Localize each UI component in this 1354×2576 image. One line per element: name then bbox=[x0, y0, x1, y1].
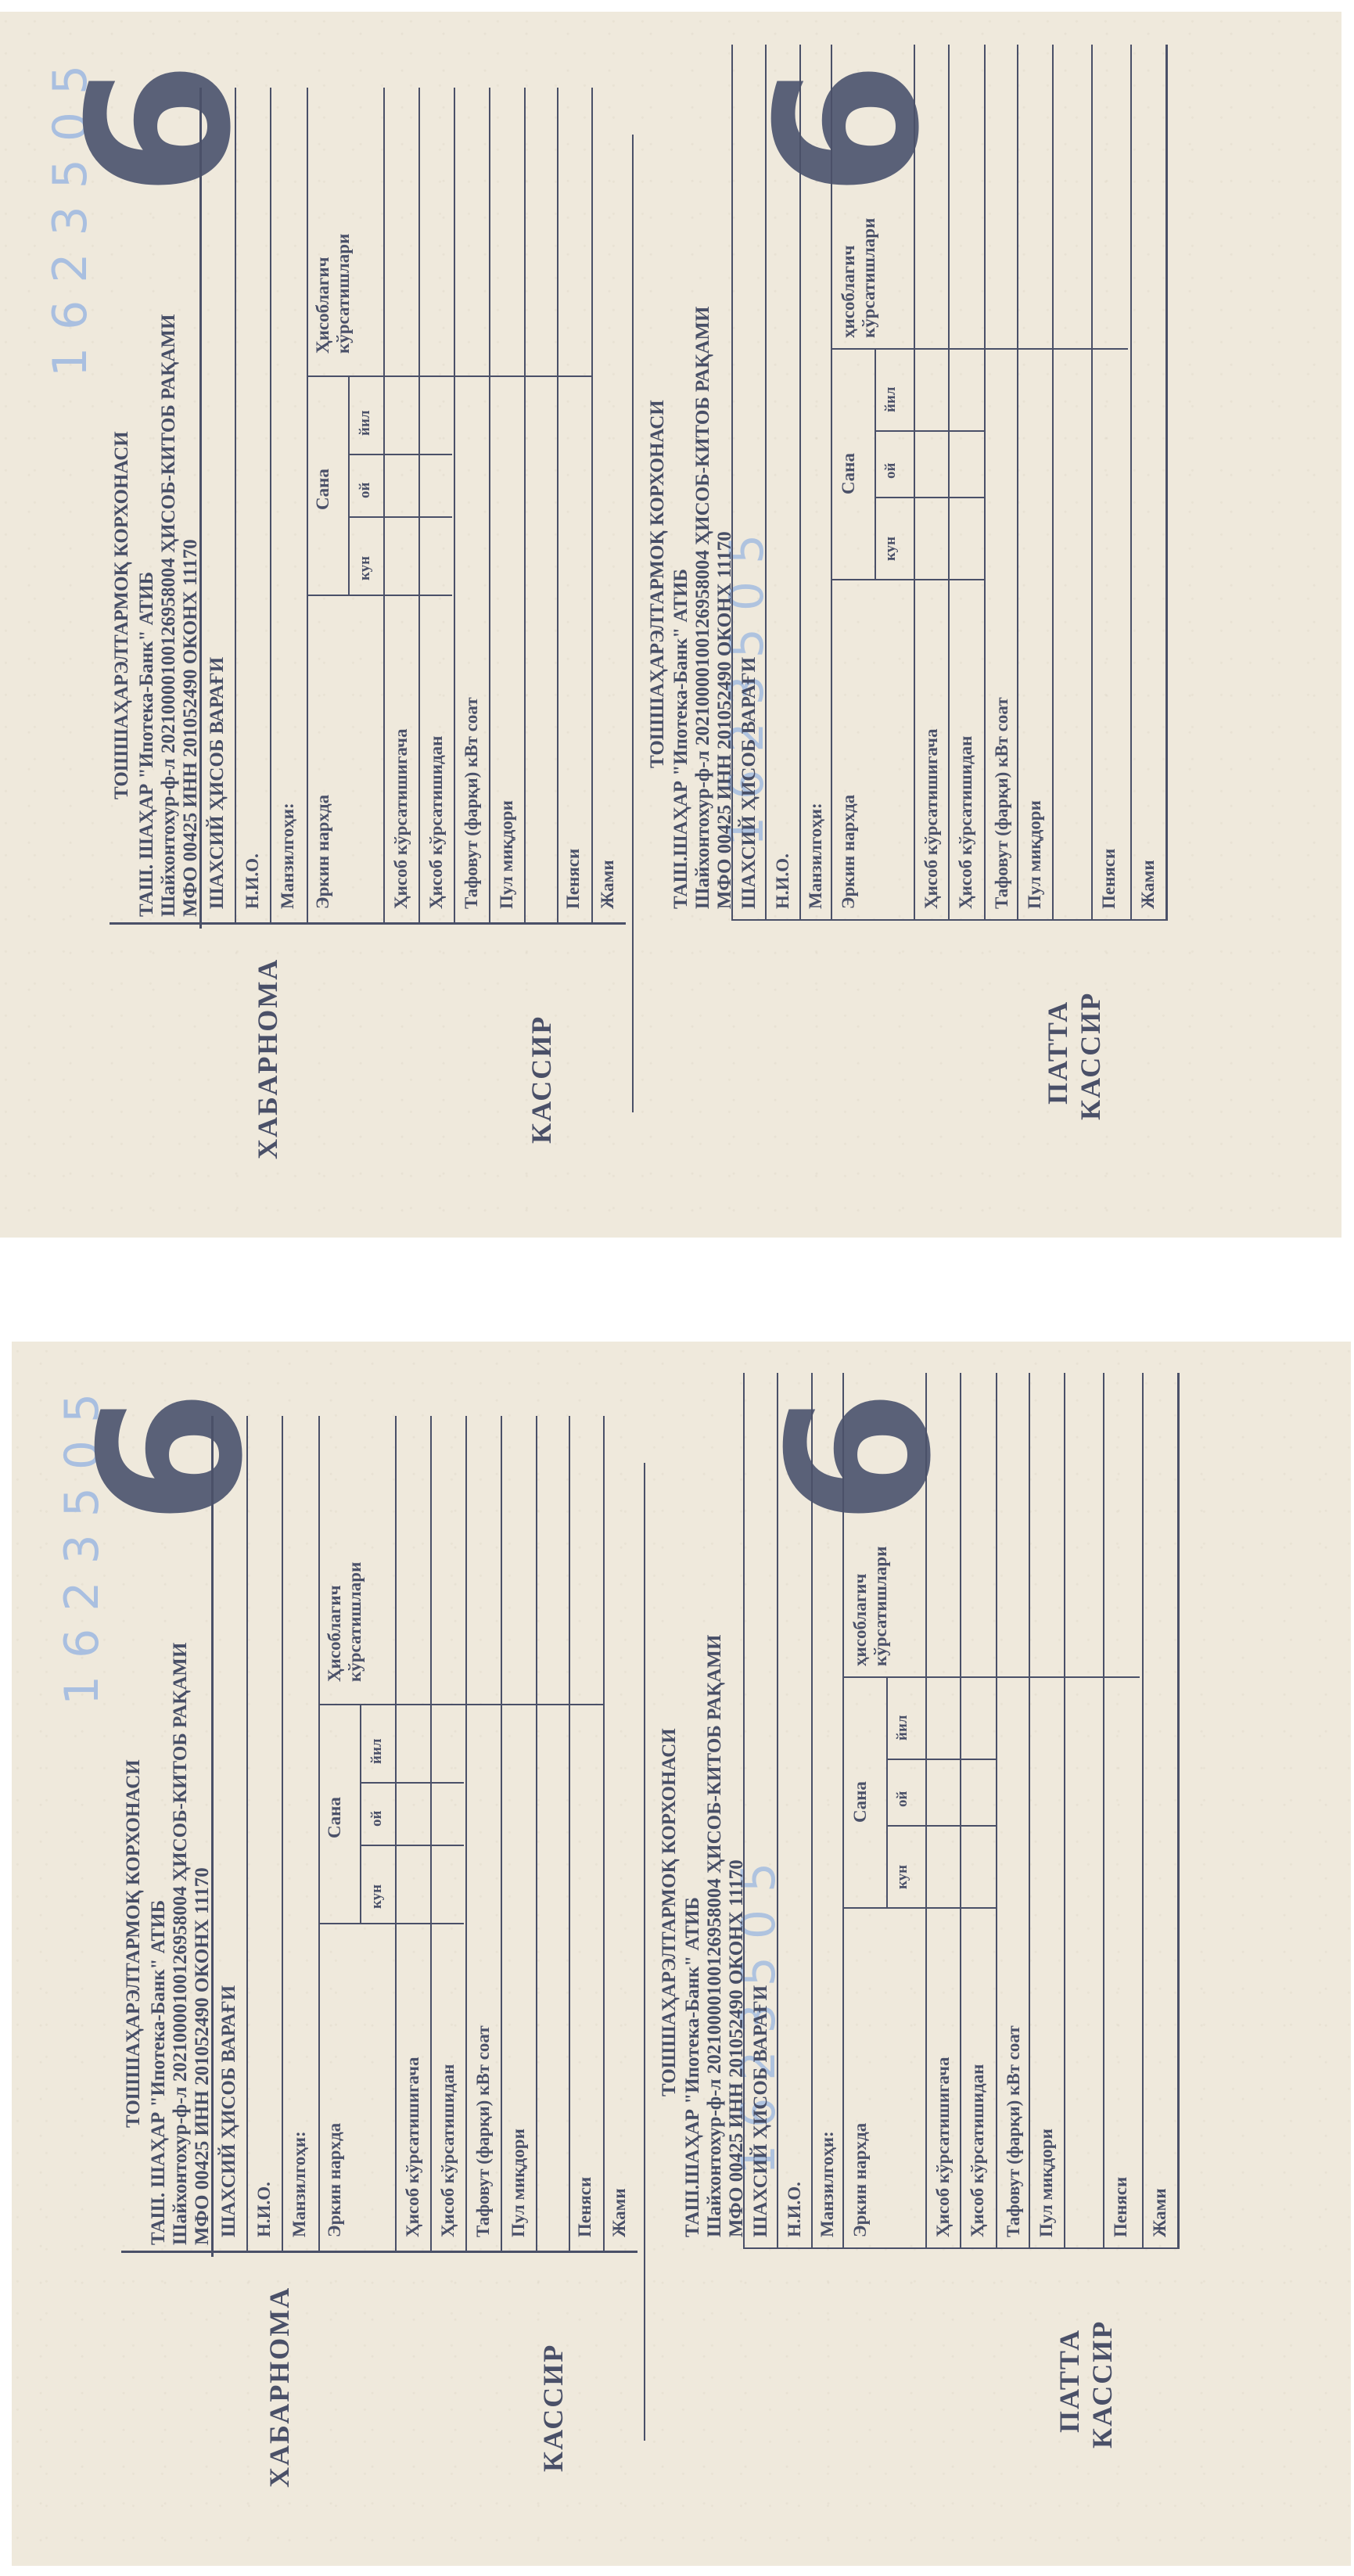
header-org: ТОШШАҲАРЭЛТАРМОҚ КОРХОНАСИ bbox=[645, 400, 670, 768]
label-address: Манзилгоҳи: bbox=[806, 803, 826, 909]
rule bbox=[886, 1759, 996, 1760]
rule bbox=[395, 1416, 397, 2253]
rule bbox=[811, 1373, 813, 2249]
header-codes: МФО 00425 ИНН 201052490 ОКОНХ 11170 bbox=[724, 1859, 749, 2237]
rule bbox=[121, 2251, 637, 2253]
label-difference: Тафовут (фарқи) кВт соат bbox=[473, 2025, 494, 2237]
rule bbox=[777, 1373, 778, 2249]
label-amount: Пул миқдори bbox=[1036, 2129, 1057, 2237]
rule bbox=[270, 88, 271, 925]
rule bbox=[960, 1373, 961, 2249]
rule bbox=[842, 1373, 844, 2249]
label-amount: Пул миқдори bbox=[497, 800, 517, 909]
rule bbox=[1029, 1373, 1030, 2249]
label-reading-from: Ҳисоб кўрсатишидан bbox=[426, 736, 447, 909]
rule bbox=[418, 88, 420, 925]
rule bbox=[875, 430, 984, 432]
rule bbox=[246, 1416, 248, 2253]
label-date: Сана bbox=[313, 469, 333, 510]
header-bank: ТАШ.ШАҲАР "Ипотека-Банк" АТИБ bbox=[681, 1897, 705, 2237]
label-name: Н.И.О. bbox=[773, 853, 793, 909]
rule bbox=[1165, 45, 1168, 921]
rule bbox=[1103, 1373, 1104, 2249]
bill-form: 1623505 6 ТОШШАҲАРЭЛТАРМОҚ КОРХОНАСИ ТАШ… bbox=[0, 12, 1341, 1238]
label-date: Сана bbox=[325, 1797, 345, 1838]
rule bbox=[1052, 45, 1054, 921]
header-sheet: ШАХСИЙ ҲИСОБ ВАРАҒИ bbox=[205, 657, 229, 909]
rule bbox=[1064, 1373, 1065, 2249]
rule bbox=[731, 45, 733, 921]
label-meter-readings: Ҳисоблагич кўрсатишлари bbox=[313, 197, 354, 354]
rule bbox=[360, 1782, 464, 1784]
bill-card-2: 1623505 6 ТОШШАҲАРЭЛТАРМОҚ КОРХОНАСИ ТАШ… bbox=[12, 1342, 1351, 2566]
rule bbox=[886, 1825, 996, 1827]
notice-title: ХАБАРНОМА bbox=[262, 2287, 296, 2488]
label-date: Сана bbox=[850, 1781, 871, 1823]
header-bank: ТАШ.ШАҲАР "Ипотека-Банк" АТИБ bbox=[669, 569, 693, 909]
header-sheet: ШАХСИЙ ҲИСОБ ВАРАҒИ bbox=[217, 1985, 241, 2237]
rule bbox=[831, 45, 832, 921]
header-codes: МФО 00425 ИНН 201052490 ОКОНХ 11170 bbox=[713, 531, 737, 909]
label-tariff: Эркин нархда bbox=[325, 2123, 345, 2237]
label-penalty: Пеняси bbox=[563, 849, 584, 909]
rule bbox=[307, 88, 308, 925]
section-divider bbox=[644, 1463, 645, 2441]
label-total: Жами bbox=[1138, 860, 1158, 909]
label-name: Н.И.О. bbox=[785, 2182, 805, 2237]
rule bbox=[799, 45, 801, 921]
label-total: Жами bbox=[598, 860, 618, 909]
label-year: йил bbox=[357, 410, 374, 436]
label-reading-to: Ҳисоб кўрсатишигача bbox=[403, 2057, 423, 2237]
rule bbox=[731, 919, 1165, 921]
rule bbox=[1142, 1373, 1144, 2249]
rule bbox=[307, 595, 452, 596]
label-year: йил bbox=[368, 1738, 386, 1764]
rule bbox=[383, 88, 385, 925]
rule bbox=[360, 1705, 361, 1924]
label-amount: Пул миқдори bbox=[1025, 800, 1045, 909]
label-total: Жами bbox=[1150, 2188, 1170, 2237]
rule bbox=[914, 45, 915, 921]
label-name: Н.И.О. bbox=[254, 2182, 275, 2237]
label-name: Н.И.О. bbox=[242, 853, 263, 909]
label-tariff: Эркин нархда bbox=[313, 795, 333, 909]
rule bbox=[348, 454, 452, 455]
rule bbox=[524, 88, 526, 925]
rule bbox=[591, 88, 593, 925]
label-day: кун bbox=[894, 1865, 911, 1889]
header-account: Шайхонтохур-ф-л 20210000100126958004 ҲИС… bbox=[691, 307, 715, 909]
rule bbox=[360, 1845, 464, 1846]
notice-title: ХАБАРНОМА bbox=[250, 958, 285, 1159]
rule bbox=[318, 1416, 320, 2253]
label-month: ой bbox=[368, 1811, 386, 1827]
receipt-cashier: КАССИР bbox=[1073, 992, 1108, 1120]
rule bbox=[1177, 1373, 1180, 2249]
rule bbox=[211, 1416, 214, 2257]
label-year: йил bbox=[894, 1715, 911, 1741]
label-date: Сана bbox=[839, 453, 859, 494]
label-month: ой bbox=[357, 483, 374, 498]
label-reading-from: Ҳисоб кўрсатишидан bbox=[438, 2064, 458, 2237]
header-bank: ТАШ. ШАҲАР "Ипотека-Банк" АТИБ bbox=[146, 1900, 171, 2245]
rule bbox=[454, 88, 455, 925]
rule bbox=[318, 1923, 464, 1924]
rule bbox=[996, 1373, 997, 2249]
header-bank: ТАШ. ШАҲАР "Ипотека-Банк" АТИБ bbox=[135, 572, 159, 917]
label-tariff: Эркин нархда bbox=[839, 795, 859, 909]
big-digit-notice: 6 bbox=[63, 61, 258, 197]
label-penalty: Пеняси bbox=[1099, 849, 1119, 909]
label-address: Манзилгоҳи: bbox=[289, 2131, 310, 2237]
rule bbox=[501, 1416, 502, 2253]
receipt-title: ПАТТА bbox=[1040, 1001, 1075, 1105]
label-address: Манзилгоҳи: bbox=[278, 803, 298, 909]
rule bbox=[430, 1416, 432, 2253]
label-difference: Тафовут (фарқи) кВт соат bbox=[462, 697, 482, 909]
rule bbox=[886, 1678, 888, 1909]
header-account: Шайхонтохур-ф-л 20210000100126958004 ҲИС… bbox=[702, 1635, 727, 2237]
header-org: ТОШШАҲАРЭЛТАРМОҚ КОРХОНАСИ bbox=[657, 1728, 681, 2096]
label-day: кун bbox=[357, 556, 374, 580]
rule bbox=[489, 88, 490, 925]
rule bbox=[984, 45, 986, 921]
label-reading-to: Ҳисоб кўрсатишигача bbox=[921, 729, 942, 909]
rule bbox=[569, 1416, 570, 2253]
header-sheet: ШАХСИЙ ҲИСОБ ВАРАҒИ bbox=[749, 1985, 773, 2237]
label-meter-readings: Ҳисоблагич кўрсатишлари bbox=[325, 1525, 365, 1682]
header-account: Шайхонтохур-ф-л 20210000100126958004 ҲИС… bbox=[168, 1643, 192, 2245]
label-reading-from: Ҳисоб кўрсатишидан bbox=[956, 736, 976, 909]
rule bbox=[1130, 45, 1132, 921]
label-amount: Пул миқдори bbox=[508, 2129, 529, 2237]
label-difference: Тафовут (фарқи) кВт соат bbox=[992, 697, 1012, 909]
label-difference: Тафовут (фарқи) кВт соат bbox=[1004, 2025, 1024, 2237]
label-day: кун bbox=[882, 537, 900, 561]
big-digit-receipt: 6 bbox=[751, 61, 946, 197]
rule bbox=[875, 350, 876, 580]
label-reading-to: Ҳисоб кўрсатишигача bbox=[391, 729, 411, 909]
label-year: йил bbox=[882, 386, 900, 412]
rule bbox=[842, 1907, 996, 1909]
notice-cashier: КАССИР bbox=[536, 2344, 570, 2472]
rule bbox=[765, 45, 767, 921]
header-sheet: ШАХСИЙ ҲИСОБ ВАРАҒИ bbox=[737, 657, 761, 909]
label-meter-readings: ҳисоблагич кўрсатишлари bbox=[839, 181, 879, 338]
rule bbox=[1017, 45, 1018, 921]
header-org: ТОШШАҲАРЭЛТАРМОҚ КОРХОНАСИ bbox=[121, 1759, 145, 2128]
label-month: ой bbox=[882, 463, 900, 479]
section-divider bbox=[632, 135, 634, 1112]
big-digit-receipt: 6 bbox=[763, 1389, 958, 1525]
rule bbox=[603, 1416, 605, 2253]
label-tariff: Эркин нархда bbox=[850, 2123, 871, 2237]
header-account: Шайхонтохур-ф-л 20210000100126958004 ҲИС… bbox=[156, 314, 181, 917]
label-reading-to: Ҳисоб кўрсатишигача bbox=[933, 2057, 954, 2237]
label-month: ой bbox=[894, 1791, 911, 1807]
label-reading-from: Ҳисоб кўрсатишидан bbox=[968, 2064, 988, 2237]
label-meter-readings: ҳисоблагич кўрсатишлари bbox=[850, 1510, 891, 1666]
rule bbox=[110, 922, 626, 925]
rule bbox=[282, 1416, 283, 2253]
label-day: кун bbox=[368, 1884, 386, 1909]
bill-card-1: 1623505 6 ТОШШАҲАРЭЛТАРМОҚ КОРХОНАСИ ТАШ… bbox=[0, 12, 1341, 1238]
bill-form: 1623505 6 ТОШШАҲАРЭЛТАРМОҚ КОРХОНАСИ ТАШ… bbox=[12, 1342, 1351, 2566]
rule bbox=[925, 1373, 927, 2249]
notice-cashier: КАССИР bbox=[524, 1015, 558, 1144]
rule bbox=[465, 1416, 467, 2253]
rule bbox=[536, 1416, 537, 2253]
receipt-title: ПАТТА bbox=[1052, 2329, 1086, 2433]
rule bbox=[199, 88, 202, 929]
rule bbox=[1091, 45, 1093, 921]
label-penalty: Пеняси bbox=[1111, 2177, 1131, 2237]
big-digit-notice: 6 bbox=[74, 1389, 270, 1525]
rule bbox=[557, 88, 558, 925]
rule bbox=[875, 497, 984, 498]
label-total: Жами bbox=[609, 2188, 630, 2237]
receipt-cashier: КАССИР bbox=[1085, 2320, 1119, 2448]
label-penalty: Пеняси bbox=[575, 2177, 595, 2237]
rule bbox=[348, 377, 350, 596]
rule bbox=[743, 1373, 745, 2249]
label-address: Манзилгоҳи: bbox=[817, 2131, 838, 2237]
header-org: ТОШШАҲАРЭЛТАРМОҚ КОРХОНАСИ bbox=[110, 431, 134, 799]
rule bbox=[831, 579, 984, 580]
rule bbox=[948, 45, 950, 921]
rule bbox=[235, 88, 236, 925]
rule bbox=[743, 2247, 1177, 2249]
rule bbox=[348, 516, 452, 518]
